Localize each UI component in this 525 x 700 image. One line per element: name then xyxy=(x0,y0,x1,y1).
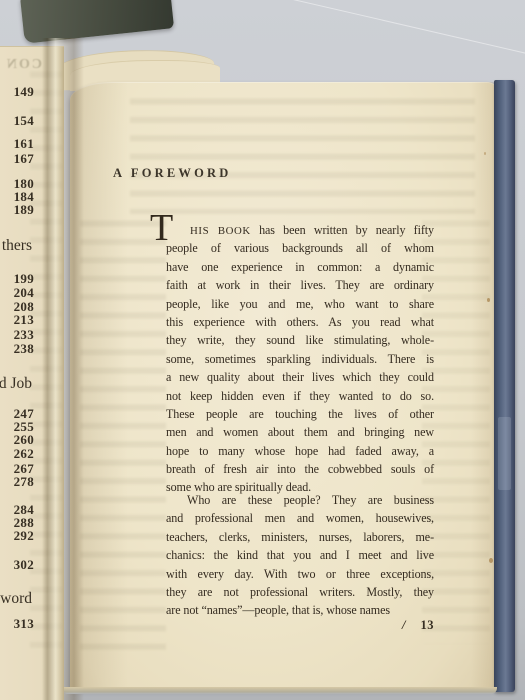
body-line: a new quality about their lives which th… xyxy=(166,368,434,386)
toc-section-label: d Job xyxy=(0,375,32,392)
body-line: this experience with others. As you read… xyxy=(166,313,434,331)
book-cover-right-edge xyxy=(494,80,515,692)
body-line: have one experience in common: a dynamic xyxy=(166,258,434,276)
lead-caps: HIS BOOK xyxy=(190,225,251,237)
page-number: 13 xyxy=(420,618,434,632)
foxing-spot xyxy=(484,152,486,155)
ghost-contents-heading: CON xyxy=(0,57,42,73)
foxing-spot xyxy=(487,298,490,302)
toc-page-number: 154 xyxy=(0,114,34,128)
contents-page: CON 149154161167180184189199204208213233… xyxy=(0,46,64,700)
paragraph-2: Who are these people? They are businessa… xyxy=(166,491,434,620)
toc-page-number: 213 xyxy=(0,313,34,327)
surface-scratch xyxy=(288,0,525,55)
toc-page-number: 292 xyxy=(0,529,34,543)
show-through-text xyxy=(30,65,62,655)
body-line: hope to many whose hope had faded away, … xyxy=(166,442,434,460)
body-line: and professional men and women, housewiv… xyxy=(166,509,434,527)
foxing-spot xyxy=(489,558,493,563)
body-line: with every day. With two or three except… xyxy=(166,565,434,583)
paragraph-1: THIS BOOK has been written by nearly fif… xyxy=(166,221,434,497)
first-line-text: has been written by nearly fifty xyxy=(251,223,434,237)
body-line: men and women about them and bringing ne… xyxy=(166,423,434,441)
foreword-page: A FOREWORD THIS BOOK has been written by… xyxy=(70,82,497,689)
body-line: people of various backgrounds all of who… xyxy=(166,239,434,257)
body-line: chanics: the kind that you and I meet an… xyxy=(166,546,434,564)
toc-page-number: 302 xyxy=(0,558,34,572)
body-line: some, sometimes sparkling individuals. T… xyxy=(166,350,434,368)
toc-page-number: 149 xyxy=(0,85,34,99)
body-line: Who are these people? They are business xyxy=(166,491,434,509)
body-line: teachers, clerks, ministers, nurses, lab… xyxy=(166,528,434,546)
body-line: These people are touching the lives of o… xyxy=(166,405,434,423)
page-bottom-edge xyxy=(64,687,497,694)
body-line: not keep hidden even if they wanted to d… xyxy=(166,387,434,405)
toc-section-label: rword xyxy=(0,590,32,607)
toc-page-number: 313 xyxy=(0,617,34,631)
page-footer: /13 xyxy=(402,618,434,633)
open-book-photo: CON 149154161167180184189199204208213233… xyxy=(0,0,525,700)
first-line: THIS BOOK has been written by nearly fif… xyxy=(166,221,434,239)
toc-page-number: 161 xyxy=(0,137,34,151)
show-through-text xyxy=(80,214,166,650)
body-line: faith at work in their lives. They are o… xyxy=(166,276,434,294)
toc-page-number: 189 xyxy=(0,203,34,217)
raised-initial: T xyxy=(150,209,173,247)
chapter-heading: A FOREWORD xyxy=(113,166,231,181)
body-line: are not “names”—people, that is, whose n… xyxy=(166,601,434,619)
toc-page-number: 262 xyxy=(0,447,34,461)
toc-page-number: 238 xyxy=(0,342,34,356)
body-line: they write, they sound like stimulating,… xyxy=(166,331,434,349)
toc-section-label: thers xyxy=(0,237,32,254)
book-cover-corner xyxy=(20,0,174,44)
body-line: people, like you and me, who want to sha… xyxy=(166,295,434,313)
toc-page-number: 167 xyxy=(0,152,34,166)
signature-mark: / xyxy=(402,618,405,632)
show-through-text xyxy=(130,92,475,214)
body-line: they are not professional writers. Mostl… xyxy=(166,583,434,601)
body-line: breath of fresh air into the cobwebbed s… xyxy=(166,460,434,478)
toc-page-number: 278 xyxy=(0,475,34,489)
